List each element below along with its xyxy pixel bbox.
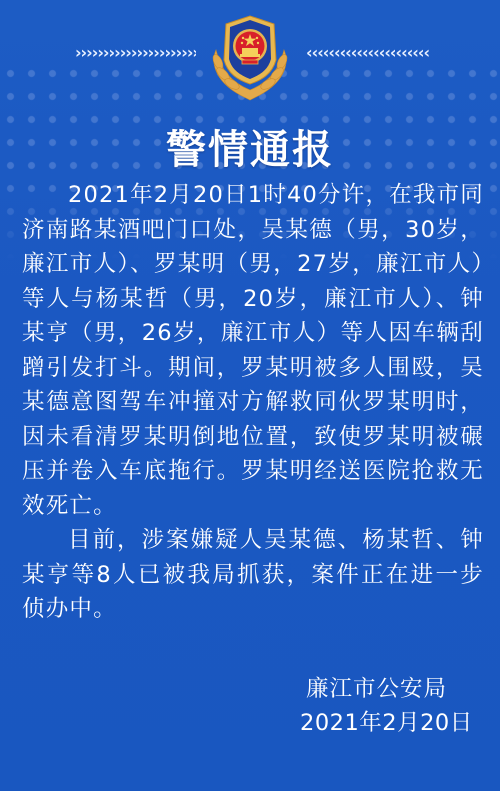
chevron-icon: ›: [170, 44, 174, 62]
chevron-icon: ‹: [356, 44, 360, 62]
chevron-icon: ›: [125, 44, 129, 62]
chevron-icon: ›: [176, 44, 180, 62]
chevron-icon: ‹: [423, 44, 427, 62]
notice-signature: 廉江市公安局 2021年2月20日: [300, 672, 480, 740]
chevron-icon: ›: [86, 44, 90, 62]
chevron-icon: ›: [187, 44, 191, 62]
chevron-icon: ‹: [323, 44, 327, 62]
chevron-icon: ‹: [328, 44, 332, 62]
chevron-icon: ‹: [351, 44, 355, 62]
notice-paragraph-incident: 2021年2月20日1时40分许，在我市同济南路某酒吧门口处，吴某德（男，30岁…: [22, 178, 484, 523]
chevron-icon: ‹: [418, 44, 422, 62]
chevron-row-left: ››››››››››››››››››››››: [0, 44, 196, 62]
chevron-icon: ›: [164, 44, 168, 62]
chevron-icon: ‹: [334, 44, 338, 62]
chevron-icon: ‹: [306, 44, 310, 62]
chevron-icon: ›: [81, 44, 85, 62]
chevron-icon: ‹: [373, 44, 377, 62]
chevron-icon: ‹: [390, 44, 394, 62]
notice-paragraph-status: 目前，涉案嫌疑人吴某德、杨某哲、钟某亨等8人已被我局抓获，案件正在进一步侦办中。: [22, 523, 484, 627]
chevron-icon: ›: [109, 44, 113, 62]
chevron-icon: ‹: [345, 44, 349, 62]
chevron-icon: ›: [114, 44, 118, 62]
chevron-icon: ‹: [340, 44, 344, 62]
chevron-icon: ‹: [379, 44, 383, 62]
chevron-icon: ›: [148, 44, 152, 62]
chevron-icon: ›: [75, 44, 79, 62]
chevron-icon: ›: [103, 44, 107, 62]
chevron-icon: ›: [159, 44, 163, 62]
issuing-organization: 廉江市公安局: [300, 672, 480, 706]
chevron-icon: ‹: [401, 44, 405, 62]
chevron-icon: ‹: [384, 44, 388, 62]
chevron-icon: ‹: [412, 44, 416, 62]
chevron-icon: ‹: [317, 44, 321, 62]
chevron-icon: ›: [136, 44, 140, 62]
chevron-icon: ›: [92, 44, 96, 62]
notice-title: 警情通报: [0, 118, 500, 175]
chevron-icon: ‹: [368, 44, 372, 62]
chevron-icon: ›: [97, 44, 101, 62]
notice-body: 2021年2月20日1时40分许，在我市同济南路某酒吧门口处，吴某德（男，30岁…: [22, 178, 484, 627]
chevron-icon: ›: [120, 44, 124, 62]
chevron-row-right: ‹‹‹‹‹‹‹‹‹‹‹‹‹‹‹‹‹‹‹‹‹‹: [306, 44, 500, 62]
chevron-icon: ›: [142, 44, 146, 62]
chevron-icon: ‹: [312, 44, 316, 62]
chevron-icon: ›: [131, 44, 135, 62]
chevron-icon: ‹: [407, 44, 411, 62]
chevron-icon: ‹: [362, 44, 366, 62]
police-badge-icon: [206, 12, 294, 102]
chevron-icon: ›: [181, 44, 185, 62]
chevron-icon: ›: [192, 44, 196, 62]
chevron-icon: ›: [153, 44, 157, 62]
chevron-icon: ‹: [396, 44, 400, 62]
issue-date: 2021年2月20日: [300, 706, 480, 740]
